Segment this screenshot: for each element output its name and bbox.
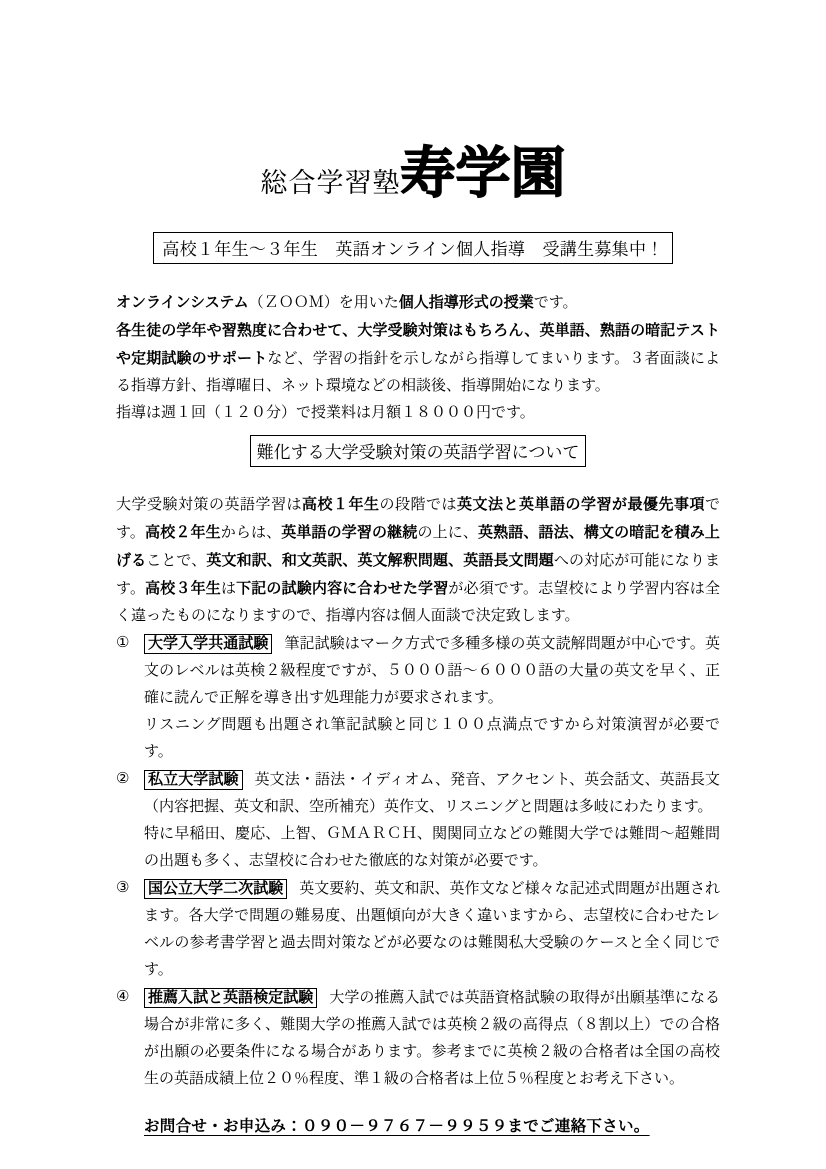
flyer-page: 総合学習塾寿学園 高校１年生～３年生 英語オンライン個人指導 受講生募集中！ オ…	[0, 0, 826, 1169]
item-paragraph: 特に早稲田、慶応、上智、ＧＭＡＲＣＨ、関関同立などの難関大学では難問～超難問の出…	[144, 821, 720, 875]
exam-item-private-univ: ② 私立大学試験英文法・語法・イディオム、発音、アクセント、英会話文、英語長文（…	[116, 766, 720, 875]
item-body: 推薦入試と英語検定試験大学の推薦入試では英語資格試験の取得が出願基準になる場合が…	[144, 984, 720, 1093]
item-number: ④	[116, 984, 144, 1093]
item-paragraph: リスニング問題も出題され筆記試験と同じ１００点満点ですから対策演習が必要です。	[144, 712, 720, 766]
item-label: 国公立大学二次試験	[144, 879, 287, 899]
item-number: ②	[116, 766, 144, 875]
content-column: オンラインシステム（ＺＯＯＭ）を用いた個人指導形式の授業です。 各生徒の学年や習…	[116, 289, 720, 1140]
section-heading: 難化する大学受験対策の英語学習について	[250, 435, 587, 467]
item-label: 大学入学共通試験	[144, 634, 272, 654]
item-body: 大学入学共通試験筆記試験はマーク方式で多種多様の英文読解問題が中心です。英文のレ…	[144, 630, 720, 766]
intro-section: オンラインシステム（ＺＯＯＭ）を用いた個人指導形式の授業です。 各生徒の学年や習…	[116, 289, 720, 427]
overview-section: 大学受験対策の英語学習は高校１年生の段階では英文法と英単語の学習が最優先事項です…	[116, 491, 720, 630]
footer: お問合せ・お申込み：０９０－９７６７－９９５９までご連絡下さい。	[116, 1113, 720, 1140]
item-paragraph: 推薦入試と英語検定試験大学の推薦入試では英語資格試験の取得が出願基準になる場合が…	[144, 984, 720, 1093]
overview-paragraph: 大学受験対策の英語学習は高校１年生の段階では英文法と英単語の学習が最優先事項です…	[116, 491, 720, 630]
item-paragraph: 私立大学試験英文法・語法・イディオム、発音、アクセント、英会話文、英語長文（内容…	[144, 766, 720, 821]
recruitment-banner: 高校１年生～３年生 英語オンライン個人指導 受講生募集中！	[153, 232, 672, 264]
school-name: 寿学園	[400, 142, 565, 204]
intro-paragraph-3: 指導は週１回（１２０分）で授業料は月額１８０００円です。	[116, 400, 720, 427]
intro-paragraph-2: 各生徒の学年や習熟度に合わせて、大学受験対策はもちろん、英単語、熟語の暗記テスト…	[116, 317, 720, 400]
intro-paragraph-1: オンラインシステム（ＺＯＯＭ）を用いた個人指導形式の授業です。	[116, 289, 720, 317]
item-body: 私立大学試験英文法・語法・イディオム、発音、アクセント、英会話文、英語長文（内容…	[144, 766, 720, 875]
banner-row: 高校１年生～３年生 英語オンライン個人指導 受講生募集中！	[0, 232, 826, 264]
item-label: 私立大学試験	[144, 770, 243, 790]
exam-list: ① 大学入学共通試験筆記試験はマーク方式で多種多様の英文読解問題が中心です。英文…	[116, 630, 720, 1093]
page-title: 総合学習塾寿学園	[0, 146, 826, 201]
item-label: 推薦入試と英語検定試験	[144, 988, 317, 1008]
item-body: 国公立大学二次試験英文要約、英文和訳、英作文など様々な記述式問題が出題されます。…	[144, 875, 720, 984]
item-number: ③	[116, 875, 144, 984]
item-number: ①	[116, 630, 144, 766]
contact-line: お問合せ・お申込み：０９０－９７６７－９９５９までご連絡下さい。	[144, 1113, 720, 1140]
exam-item-national-univ: ③ 国公立大学二次試験英文要約、英文和訳、英作文など様々な記述式問題が出題されま…	[116, 875, 720, 984]
school-type-label: 総合学習塾	[260, 168, 400, 198]
item-paragraph: 大学入学共通試験筆記試験はマーク方式で多種多様の英文読解問題が中心です。英文のレ…	[144, 630, 720, 712]
section-heading-row: 難化する大学受験対策の英語学習について	[116, 435, 720, 467]
exam-item-common-test: ① 大学入学共通試験筆記試験はマーク方式で多種多様の英文読解問題が中心です。英文…	[116, 630, 720, 766]
exam-item-recommendation: ④ 推薦入試と英語検定試験大学の推薦入試では英語資格試験の取得が出願基準になる場…	[116, 984, 720, 1093]
item-paragraph: 国公立大学二次試験英文要約、英文和訳、英作文など様々な記述式問題が出題されます。…	[144, 875, 720, 984]
